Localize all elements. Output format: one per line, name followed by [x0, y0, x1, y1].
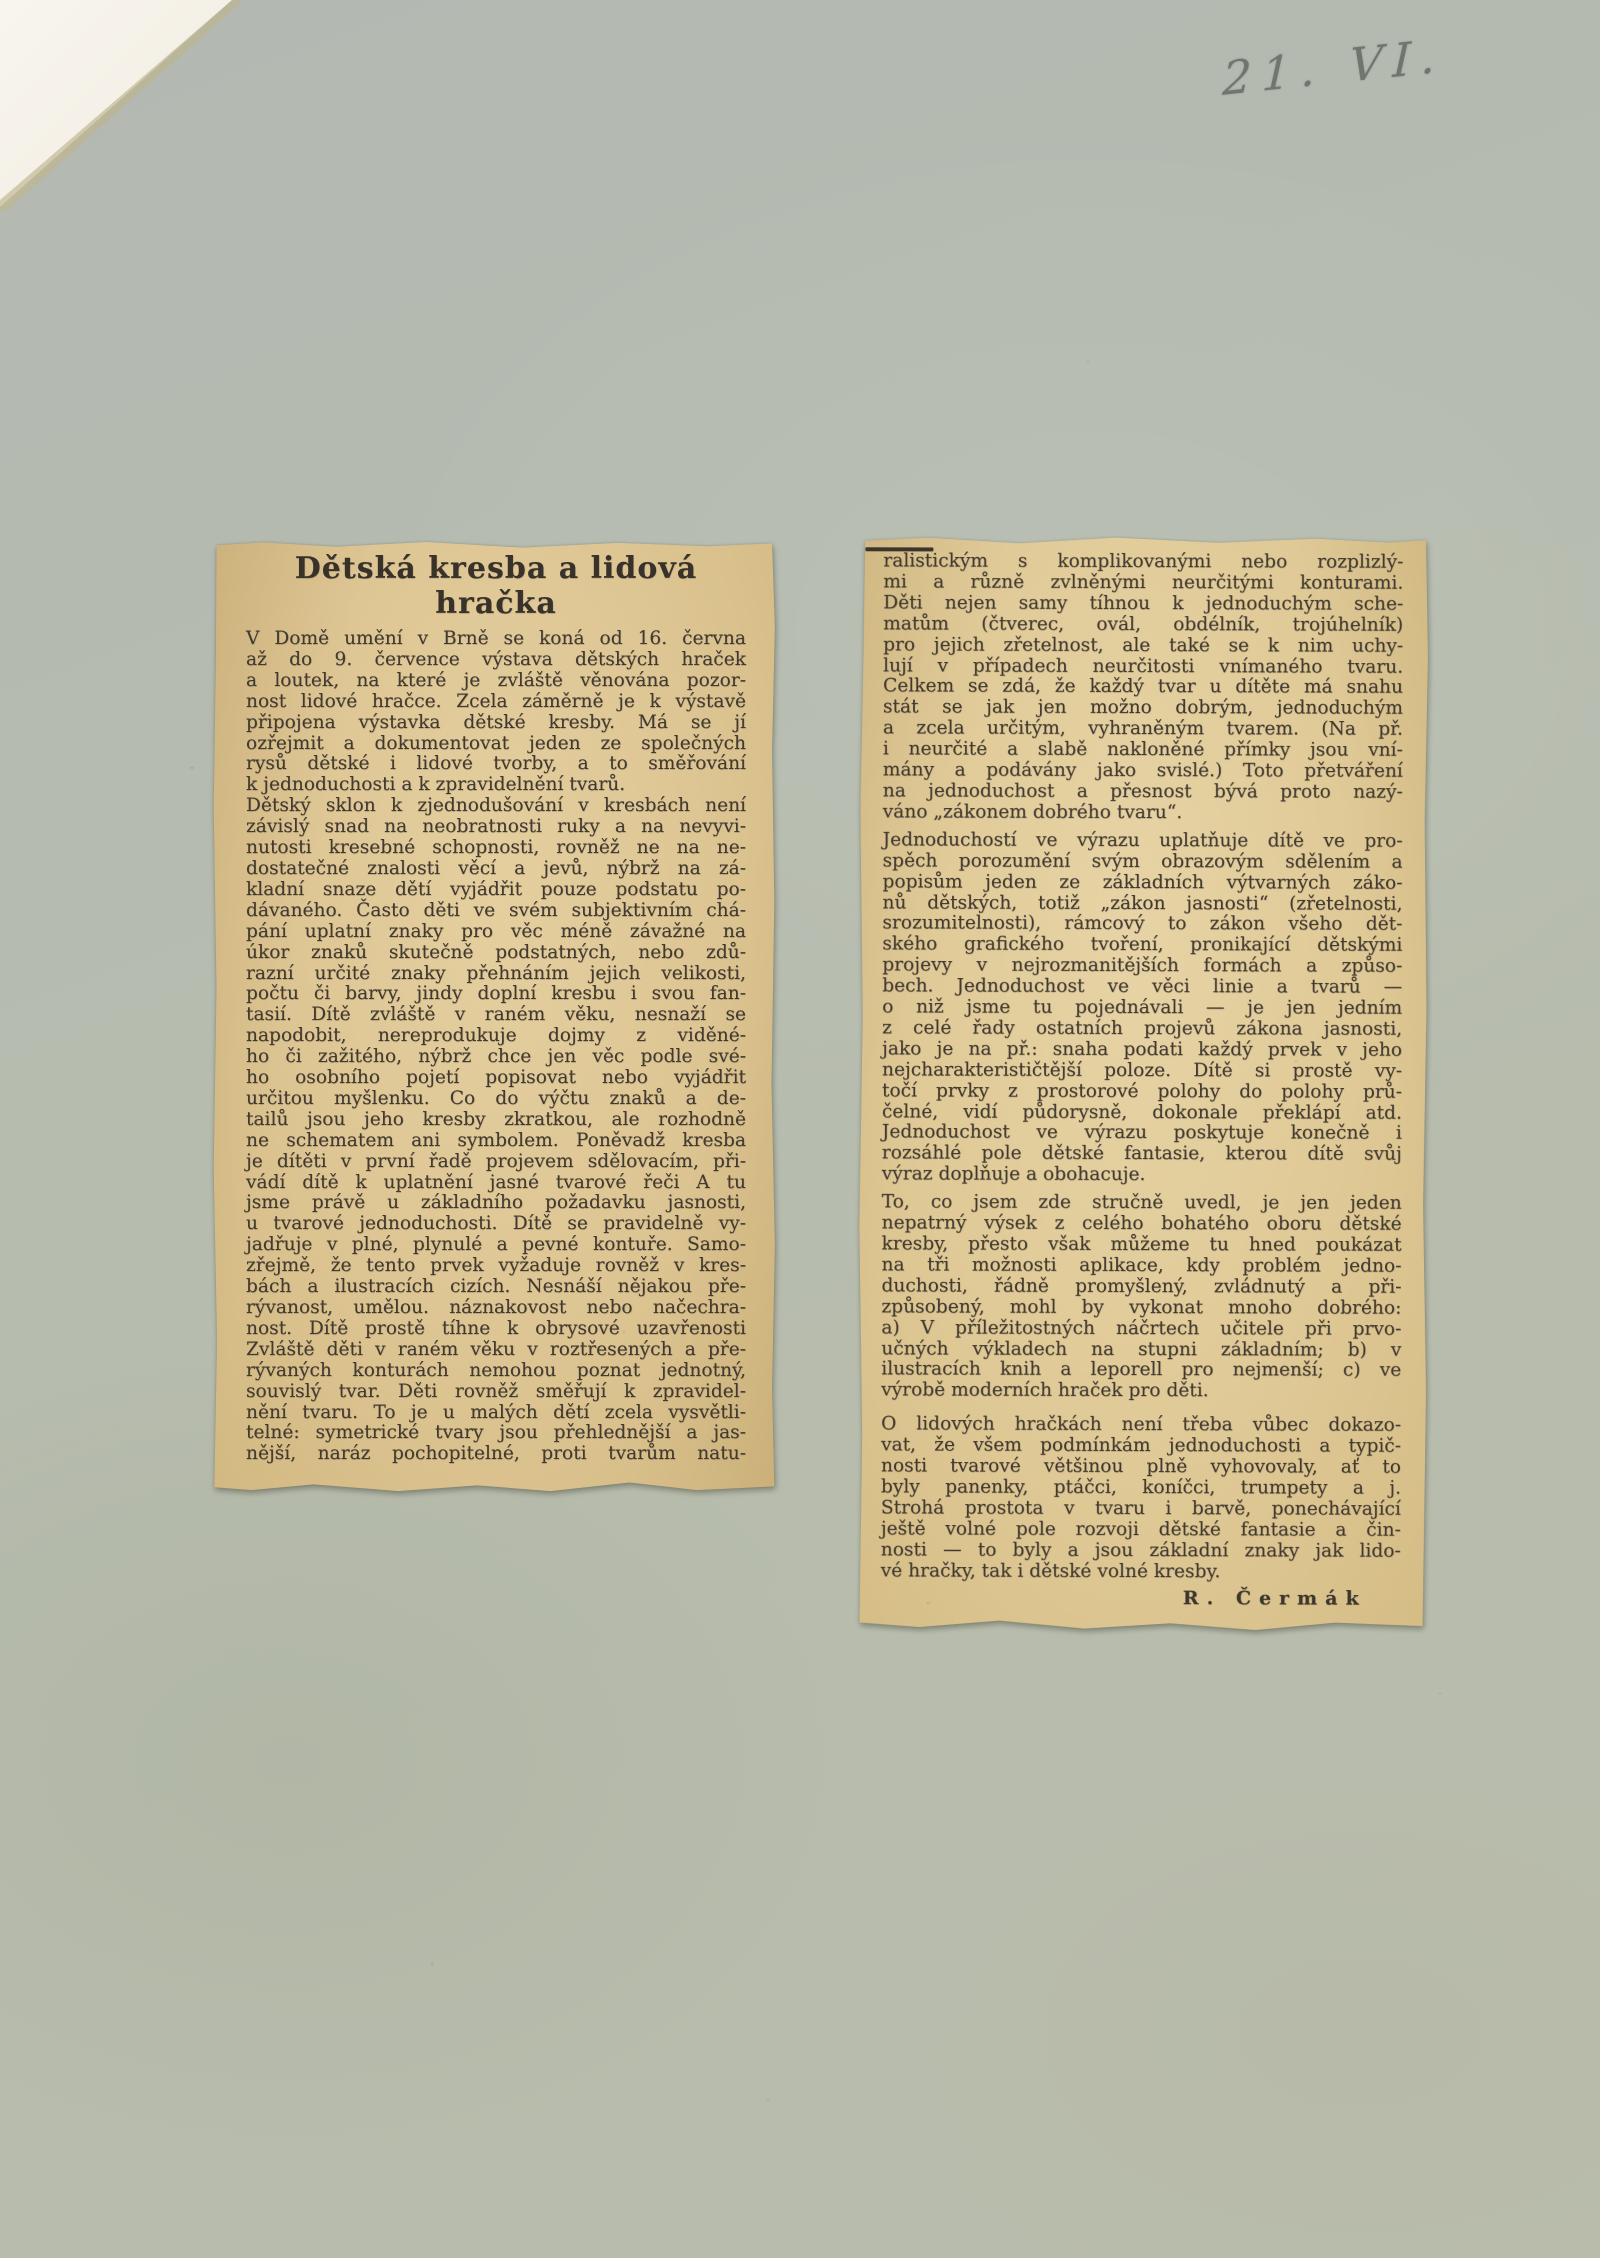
text-line: nutosti kresebné schopnosti, rovněž ne n… [246, 838, 746, 859]
text-line: mi a různě zvlněnými neurčitými konturam… [883, 572, 1403, 594]
text-line: určitou myšlenku. Co do výčtu znaků a de… [246, 1089, 746, 1110]
text-line: To, co jsem zde stručně uvedl, je jen je… [882, 1193, 1402, 1215]
text-line: jsme právě u základního požadavku jasnos… [246, 1193, 746, 1214]
text-line: na jednoduchost a přesnost bývá proto na… [883, 781, 1403, 803]
text-line: ralistickým s komplikovanými nebo rozpli… [883, 551, 1403, 573]
text-line: byly panenky, ptáčci, koníčci, trumpety … [881, 1477, 1401, 1499]
text-line: výraz doplňuje a obohacuje. [882, 1165, 1402, 1187]
text-line: rývanost, umělou. náznakovost nebo načec… [246, 1298, 746, 1319]
text-line: nění tvaru. To je u malých dětí zcela vy… [246, 1403, 746, 1424]
text-line: ho či zažitého, nýbrž chce jen věc podle… [246, 1047, 746, 1068]
text-line: Jednoduchostí ve výrazu uplatňuje dítě v… [883, 830, 1403, 852]
text-line: váno „zákonem dobrého tvaru“. [883, 802, 1403, 824]
right-column-text: ralistickým s komplikovanými nebo rozpli… [881, 551, 1404, 1583]
text-line: ho osobního pojetí popisovat nebo vyjádř… [246, 1068, 746, 1089]
text-line: mány a podávány jako svislé.) Toto přetv… [883, 760, 1403, 782]
author-signature: R. Čermák [881, 1586, 1401, 1609]
text-line: razní určité znaky přehnáním jejich veli… [246, 964, 746, 985]
text-line: projevy v nejrozmanitějších formách a zp… [882, 956, 1402, 978]
text-line: točí prvky z prostorové polohy do polohy… [882, 1081, 1402, 1103]
left-clipping: Dětská kresba a lidová hračka V Domě umě… [212, 541, 776, 1493]
article-title: Dětská kresba a lidová hračka [246, 551, 746, 621]
text-line: a zcela určitým, vyhraněným tvarem. (Na … [883, 719, 1403, 741]
text-line: tailů jsou jeho kresby zkratkou, ale roz… [246, 1110, 746, 1131]
text-line: ještě volné pole rozvoji dětské fantasie… [881, 1519, 1401, 1541]
text-line: vat, že všem podmínkám jednoduchosti a t… [881, 1435, 1401, 1457]
handwritten-date: 21. VI. [1222, 28, 1446, 106]
text-line: a) V příležitostných náčrtech učitele př… [881, 1318, 1401, 1340]
text-line: spěch porozumění svým obrazovým sdělením… [883, 851, 1403, 873]
album-page: 21. VI. Dětská kresba a lidová hračka V … [0, 0, 1600, 2258]
text-line: pání uplatní znaky pro věc méně závažné … [246, 922, 746, 943]
right-clipping-paper: ralistickým s komplikovanými nebo rozpli… [857, 535, 1430, 1632]
text-line: Děti nejen samy tíhnou k jednoduchým sch… [883, 593, 1403, 615]
text-line: počtu či barvy, jindy doplní kresbu i sv… [246, 984, 746, 1005]
text-line: napodobit, nereprodukuje dojmy z viděné- [246, 1026, 746, 1047]
text-line: Zvláště děti v raném věku v roztřesených… [246, 1340, 746, 1361]
text-line: výrobě moderních hraček pro děti. [881, 1381, 1401, 1403]
text-line: připojena výstavka dětské kresby. Má se … [246, 713, 746, 734]
left-column-text: V Domě umění v Brně se koná od 16. červn… [246, 629, 746, 1465]
text-line: způsobený, mohl by vykonat mnoho dobrého… [881, 1297, 1401, 1319]
text-line: telné: symetrické tvary jsou přehlednějš… [246, 1423, 746, 1444]
text-line: jako je na př.: snaha podati každý prvek… [882, 1039, 1402, 1061]
text-line: ozřejmit a dokumentovat jeden ze společn… [246, 734, 746, 755]
text-line: jadřuje v plné, plynulé a pevné kontuře.… [246, 1235, 746, 1256]
text-line: pro jejich zřetelnost, ale také se k nim… [883, 635, 1403, 657]
right-clipping: ralistickým s komplikovanými nebo rozpli… [857, 535, 1430, 1632]
text-line: V Domě umění v Brně se koná od 16. červn… [246, 629, 746, 650]
text-line: závislý snad na neobratnosti ruky a na n… [246, 817, 746, 838]
text-line: O lidových hračkách není třeba vůbec dok… [881, 1415, 1401, 1437]
text-line: duchosti, řádně promyšlený, zvládnutý a … [881, 1276, 1401, 1298]
text-line: popisům jeden ze základních výtvarných z… [882, 872, 1402, 894]
text-line: vádí dítě k uplatnění jasné tvarové řeči… [246, 1173, 746, 1194]
text-line: Strohá prostota v tvaru i barvě, ponechá… [881, 1498, 1401, 1520]
text-line: je dítěti v první řadě projevem sdělovac… [246, 1152, 746, 1173]
text-line: rývaných konturách nemohou poznat jednot… [246, 1361, 746, 1382]
text-line: Dětský sklon k zjednodušování v kresbách… [246, 796, 746, 817]
text-line: až do 9. července výstava dětských hrače… [246, 650, 746, 671]
text-line: dostatečné znalosti věcí a jevů, nýbrž n… [246, 859, 746, 880]
text-line: o niž jsme tu pojednávali — je jen jední… [882, 997, 1402, 1019]
text-line: nejcharakterističtější poloze. Dítě si p… [882, 1060, 1402, 1082]
text-line: u tvarové jednoduchosti. Dítě se pravide… [246, 1214, 746, 1235]
text-line: bách a ilustracích cizích. Nesnáší nějak… [246, 1277, 746, 1298]
text-line: nosti — to byly a jsou základní znaky ja… [881, 1540, 1401, 1562]
text-line: rysů dětské i lidové tvorby, a to směřov… [246, 754, 746, 775]
text-line: nosti tvarové většinou plně vyhovovaly, … [881, 1456, 1401, 1478]
text-line: tasií. Dítě zvláště v raném věku, nesnaž… [246, 1005, 746, 1026]
text-line: nost lidové hračce. Zcela záměrně je k v… [246, 692, 746, 713]
text-line: úkor znaků skutečně podstatných, nebo zd… [246, 943, 746, 964]
text-line: matům (čtverec, ovál, obdélník, trojúhel… [883, 614, 1403, 636]
text-line: nepatrný výsek z celého bohatého oboru d… [882, 1213, 1402, 1235]
text-line: nost. Dítě prostě tíhne k obrysové uzavř… [246, 1319, 746, 1340]
column-rule [865, 547, 933, 551]
text-line: ne schematem ani symbolem. Poněvadž kres… [246, 1131, 746, 1152]
text-line: souvislý tvar. Děti rovněž směřují k zpr… [246, 1382, 746, 1403]
text-line: dávaného. Často děti ve svém subjektivní… [246, 901, 746, 922]
text-line: k jednoduchosti a k zpravidelnění tvarů. [246, 775, 746, 796]
text-line: vé hračky, tak i dětské volné kresby. [881, 1561, 1401, 1583]
text-line: z celé řady ostatních projevů zákona jas… [882, 1018, 1402, 1040]
text-line: a loutek, na které je zvláště věnována p… [246, 671, 746, 692]
text-line: i neurčité a slabě nakloněné přímky jsou… [883, 739, 1403, 761]
text-line: zřejmě, že tento prvek vyžaduje rovněž v… [246, 1256, 746, 1277]
text-line: na tři možnosti aplikace, kdy problém je… [881, 1255, 1401, 1277]
text-line: kresby, přesto však můžeme tu hned pouká… [882, 1234, 1402, 1256]
text-line: kladní snaze dětí vyjádřit pouze podstat… [246, 880, 746, 901]
text-line: nější, naráz pochopitelné, proti tvarům … [246, 1444, 746, 1465]
left-clipping-paper: Dětská kresba a lidová hračka V Domě umě… [212, 541, 776, 1493]
text-line: bech. Jednoduchost ve věci linie a tvarů… [882, 976, 1402, 998]
